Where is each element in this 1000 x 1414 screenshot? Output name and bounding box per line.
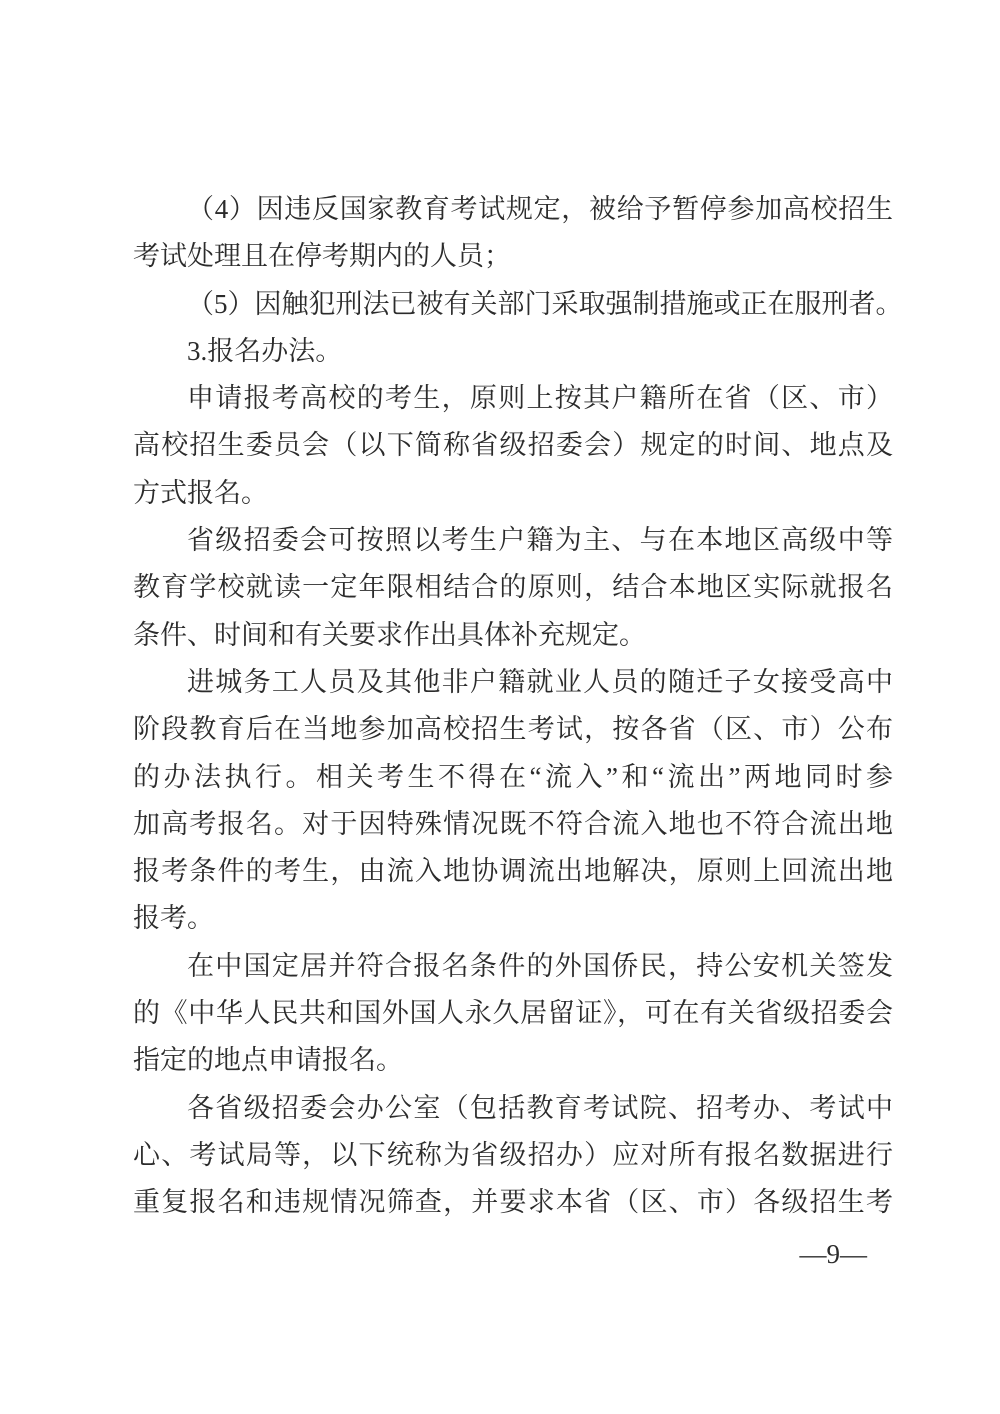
text-line: 报考。 <box>133 895 893 942</box>
text-line: 高校招生委员会（以下简称省级招委会）规定的时间、地点及 <box>133 422 893 469</box>
text-line: （4）因违反国家教育考试规定，被给予暂停参加高校招生 <box>133 186 893 233</box>
text-line: 阶段教育后在当地参加高校招生考试，按各省（区、市）公布 <box>133 706 893 753</box>
document-body: （4）因违反国家教育考试规定，被给予暂停参加高校招生 考试处理且在停考期内的人员… <box>133 186 893 1227</box>
text-line: 加高考报名。对于因特殊情况既不符合流入地也不符合流出地 <box>133 801 893 848</box>
text-line: 指定的地点申请报名。 <box>133 1037 893 1084</box>
text-line: 在中国定居并符合报名条件的外国侨民，持公安机关签发 <box>133 943 893 990</box>
text-line: 3.报名办法。 <box>133 328 893 375</box>
text-line: 心、考试局等，以下统称为省级招办）应对所有报名数据进行 <box>133 1132 893 1179</box>
text-line: 的办法执行。相关考生不得在“流入”和“流出”两地同时参 <box>133 754 893 801</box>
text-line: 各省级招委会办公室（包括教育考试院、招考办、考试中 <box>133 1085 893 1132</box>
text-line: 进城务工人员及其他非户籍就业人员的随迁子女接受高中 <box>133 659 893 706</box>
text-line: 的《中华人民共和国外国人永久居留证》，可在有关省级招委会 <box>133 990 893 1037</box>
text-line: 条件、时间和有关要求作出具体补充规定。 <box>133 612 893 659</box>
text-line: 重复报名和违规情况筛查，并要求本省（区、市）各级招生考 <box>133 1179 893 1226</box>
text-line: 方式报名。 <box>133 470 893 517</box>
document-page: （4）因违反国家教育考试规定，被给予暂停参加高校招生 考试处理且在停考期内的人员… <box>0 0 1000 1414</box>
text-line: 省级招委会可按照以考生户籍为主、与在本地区高级中等 <box>133 517 893 564</box>
text-line: （5）因触犯刑法已被有关部门采取强制措施或正在服刑者。 <box>133 281 893 328</box>
text-line: 教育学校就读一定年限相结合的原则，结合本地区实际就报名 <box>133 564 893 611</box>
text-line: 考试处理且在停考期内的人员； <box>133 233 893 280</box>
text-line: 报考条件的考生，由流入地协调流出地解决，原则上回流出地 <box>133 848 893 895</box>
text-line: 申请报考高校的考生，原则上按其户籍所在省（区、市） <box>133 375 893 422</box>
page-number: —9— <box>800 1238 868 1270</box>
